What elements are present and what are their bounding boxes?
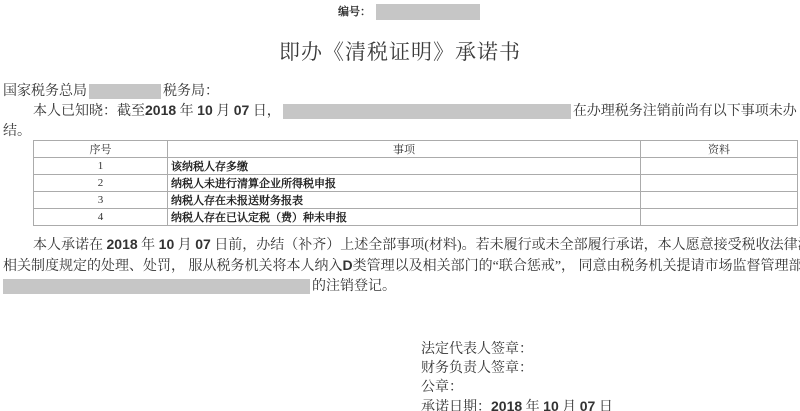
legal-representative-signature-label: 法定代表人签章： [421,340,613,359]
acknowledgement-line-wrap: 结。 [3,120,31,140]
header-cell-material: 资料 [641,141,798,158]
document-number-redacted [376,4,480,20]
table-row: 3 纳税人存在未报送财务报表 [34,192,798,209]
text-segment: 07 [580,398,596,411]
text-segment: D [343,257,353,273]
text-segment: 在办理税务注销前尚有以下事项未办 [573,104,797,119]
text-segment: 07 [195,236,211,252]
table-row: 1 该纳税人存多缴 [34,158,798,175]
document-number-row: 编号： [338,3,482,20]
table-header-row: 序号 事项 资料 [34,141,798,158]
text-segment: 年 [522,400,543,411]
cell-material [641,192,798,209]
cell-material [641,175,798,192]
tax-clearance-commitment-document: 编号： 即办《清税证明》承诺书 国家税务总局税务局： 本人已知晓：截至2018 … [0,0,800,411]
commitment-paragraph-line1: 本人承诺在 2018 年 10 月 07 日前，办结（补齐）上述全部事项(材料)… [33,237,800,253]
text-segment: 10 [197,102,213,118]
text-segment: 的注销登记。 [312,279,396,294]
finance-manager-signature-label: 财务负责人签章： [421,359,613,378]
text-segment: 相关制度规定的处理、处罚， 服从税务机关将本人纳入 [3,259,343,274]
acknowledgement-line: 本人已知晓：截至2018 年 10 月 07 日，在办理税务注销前尚有以下事项未… [33,100,797,120]
text-segment: 2018 [107,236,138,252]
text-segment: 税务局： [163,84,219,99]
text-segment: 10 [159,236,175,252]
cell-item: 纳税人未进行清算企业所得税申报 [168,175,641,192]
text-segment: 10 [543,398,559,411]
text-segment: 日 [595,400,613,411]
cell-no: 2 [34,175,168,192]
text-segment: 月 [174,238,195,253]
addressee-line: 国家税务总局税务局： [3,80,219,100]
cell-no: 4 [34,209,168,226]
pending-items-table: 序号 事项 资料 1 该纳税人存多缴 2 纳税人未进行清算企业所得税申报 3 纳… [33,140,798,226]
cell-item: 该纳税人存多缴 [168,158,641,175]
official-seal-label: 公章： [421,378,613,397]
cell-item: 纳税人存在未报送财务报表 [168,192,641,209]
header-cell-no: 序号 [34,141,168,158]
table-row: 2 纳税人未进行清算企业所得税申报 [34,175,798,192]
tax-bureau-name-redacted [89,84,161,99]
text-segment: 类管理以及相关部门的“联合惩戒”， 同意由税务机关提请市场监督管理部门撤销 [353,259,800,274]
page-title: 即办《清税证明》承诺书 [0,36,800,66]
cell-no: 1 [34,158,168,175]
text-segment: 本人承诺在 [33,238,107,253]
commitment-date-line: 承诺日期：2018 年 10 月 07 日 [421,397,613,411]
commitment-paragraph-line2: 相关制度规定的处理、处罚， 服从税务机关将本人纳入D类管理以及相关部门的“联合惩… [3,258,800,274]
text-segment: 日， [249,104,281,119]
text-segment: 月 [559,400,580,411]
text-segment: 日前，办结（补齐）上述全部事项(材料)。若未履行或未全部履行承诺，本人愿意接受税… [211,238,800,253]
text-segment: 年 [138,238,159,253]
text-segment: 2018 [491,398,522,411]
header-cell-item: 事项 [168,141,641,158]
text-segment: 07 [234,102,250,118]
company-name-redacted [3,279,310,294]
commitment-paragraph-line3: 的注销登记。 [3,279,396,294]
text-segment: 年 [176,104,197,119]
cell-material [641,209,798,226]
text-segment: 国家税务总局 [3,84,87,99]
signature-block: 法定代表人签章： 财务负责人签章： 公章： 承诺日期：2018 年 10 月 0… [421,340,613,411]
text-segment: 承诺日期： [421,400,491,411]
text-segment: 本人已知晓：截至 [33,104,145,119]
text-segment: 月 [213,104,234,119]
taxpayer-name-redacted [283,104,571,119]
cell-item: 纳税人存在已认定税（费）种未申报 [168,209,641,226]
number-label: 编号： [338,6,371,18]
table-row: 4 纳税人存在已认定税（费）种未申报 [34,209,798,226]
cell-material [641,158,798,175]
cell-no: 3 [34,192,168,209]
text-segment: 2018 [145,102,176,118]
